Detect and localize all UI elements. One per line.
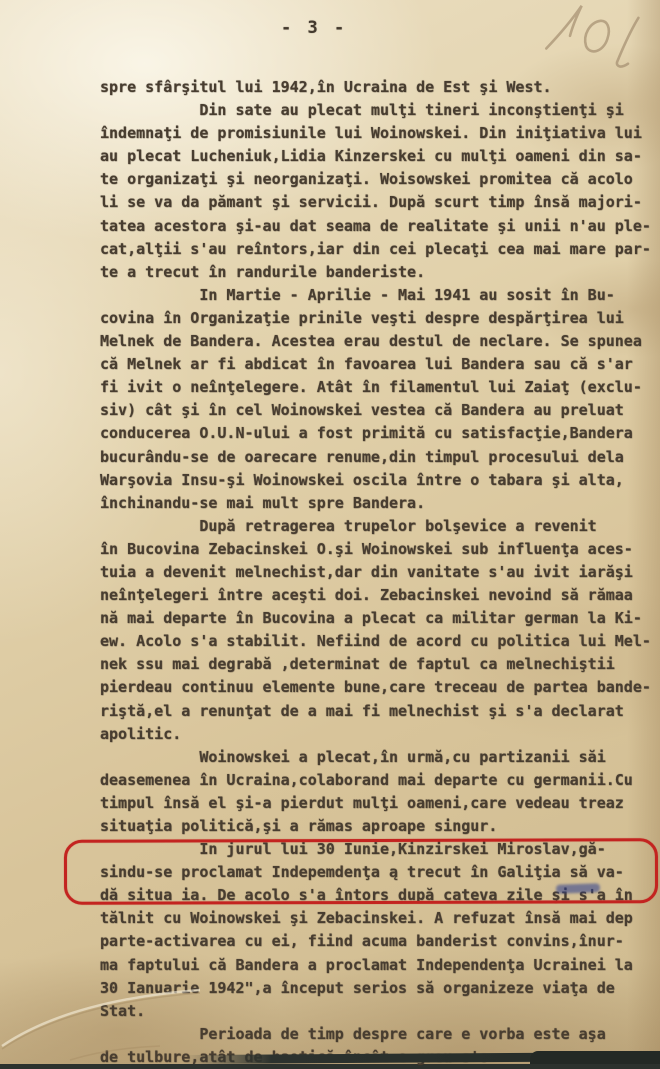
document-body-text: spre sfârşitul lui 1942,în Ucraina de Es… xyxy=(100,76,656,1064)
handwritten-page-number xyxy=(533,0,657,86)
page-number: - 3 - xyxy=(281,18,347,38)
ink-smudge xyxy=(556,883,600,894)
document-page: - 3 - spre sfârşitul lui 1942,în Ucraina… xyxy=(0,0,660,1064)
scan-edge-corner xyxy=(530,1051,660,1064)
red-highlight-box xyxy=(64,838,658,905)
